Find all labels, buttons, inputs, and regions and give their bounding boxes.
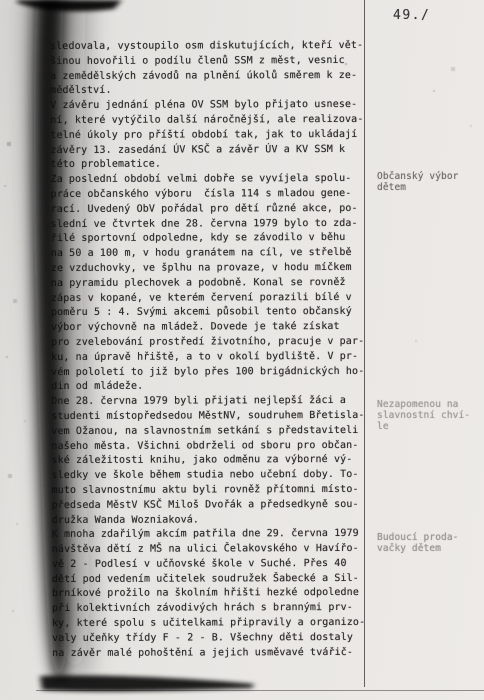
margin-note-nezapomenou: Nezapomenou na slavnostní chví- le	[377, 399, 481, 433]
page-bottom-edge-line	[36, 690, 484, 691]
page-number: 49./	[393, 8, 430, 23]
scanned-chronicle-page: sledovala, vystoupilo osm diskutujících,…	[0, 0, 484, 700]
scan-noise-specks	[0, 0, 2, 2]
margin-note-budouci-prodavacky: Budoucí proda- vačky dětem	[377, 532, 481, 554]
typewritten-body-text: sledovala, vystoupilo osm diskutujících,…	[50, 39, 374, 662]
margin-note-obcansky-vybor: Občanský výbor dětem	[377, 171, 481, 193]
margin-divider-line	[364, 0, 365, 687]
